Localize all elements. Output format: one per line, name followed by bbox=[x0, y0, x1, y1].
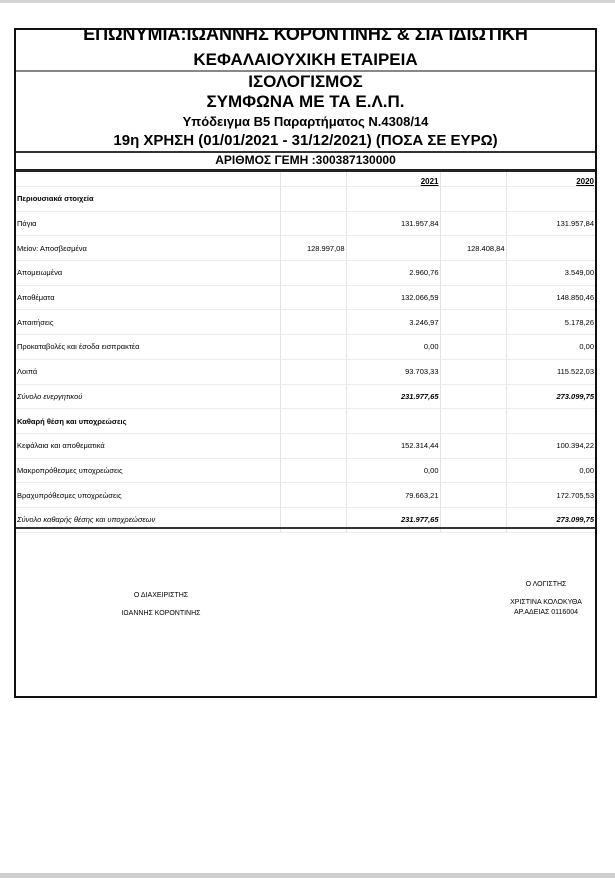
amount-2021: 3.246,97 bbox=[409, 318, 438, 327]
row-label: Καθαρή θέση και υποχρεώσεις bbox=[17, 417, 127, 426]
table-row: Βραχυπρόθεσμες υποχρεώσεις79.663,21172.7… bbox=[16, 483, 595, 508]
fiscal-period: 19η ΧΡΗΣΗ (01/01/2021 - 31/12/2021) (ΠΟΣ… bbox=[16, 133, 595, 148]
accountant-role: Ο ΛΟΓΙΣΤΗΣ bbox=[496, 580, 596, 590]
amount-2020: 273.099,75 bbox=[556, 392, 594, 401]
total-row: Σύνολο ενεργητικού231.977,65273.099,75 bbox=[16, 384, 595, 409]
year-header-row: 2021 2020 bbox=[16, 172, 595, 187]
table-row: Αποθέματα132.066,59148.850,46 bbox=[16, 285, 595, 310]
amount-2020: 131.957,84 bbox=[556, 219, 594, 228]
amount-2020: 273.099,75 bbox=[556, 515, 594, 524]
sub-amount-2021: 128.997,08 bbox=[307, 244, 345, 253]
amount-2021: 0,00 bbox=[424, 342, 439, 351]
table-row: Λοιπά93.703,33115.522,03 bbox=[16, 359, 595, 384]
amount-2020: 3.549,00 bbox=[565, 268, 594, 277]
table-row: Πάγια131.957,84131.957,84 bbox=[16, 211, 595, 236]
amount-2021: 152.314,44 bbox=[401, 441, 439, 450]
row-label: Κεφάλαια και αποθεματικά bbox=[17, 441, 105, 450]
row-label: Βραχυπρόθεσμες υποχρεώσεις bbox=[17, 491, 122, 500]
row-label: Αποθέματα bbox=[17, 293, 55, 302]
company-name-line1: ΕΠΩΝΥΜΙΑ:ΙΩΑΝΝΗΣ ΚΟΡΟΝΤΙΝΗΣ & ΣΙΑ ΙΔΙΩΤΙ… bbox=[16, 30, 595, 46]
amount-2020: 172.705,53 bbox=[556, 491, 594, 500]
divider bbox=[16, 527, 595, 529]
amount-2020: 148.850,46 bbox=[556, 293, 594, 302]
row-label: Μακροπρόθεσμες υποχρεώσεις bbox=[17, 466, 123, 475]
company-name-line2: ΚΕΦΑΛΑΙΟΥΧΙΚΗ ΕΤΑΙΡΕΙΑ bbox=[16, 51, 595, 68]
row-label: Σύνολο καθαρής θέσης και υποχρεώσεων bbox=[17, 515, 155, 524]
row-label: Πάγια bbox=[17, 219, 37, 228]
table-row: Μακροπρόθεσμες υποχρεώσεις0,000,00 bbox=[16, 458, 595, 483]
amount-2020: 0,00 bbox=[579, 466, 594, 475]
document-title: ΙΣΟΛΟΓΙΣΜΟΣ bbox=[16, 73, 595, 90]
amount-2021: 132.066,59 bbox=[401, 293, 439, 302]
row-label: Σύνολο ενεργητικού bbox=[17, 392, 82, 401]
viewer-top-edge bbox=[0, 0, 615, 3]
table-row: Απαιτήσεις3.246,975.178,26 bbox=[16, 310, 595, 335]
amount-2020: 5.178,26 bbox=[565, 318, 594, 327]
row-label: Περιουσιακά στοιχεία bbox=[17, 194, 94, 203]
year-2020-header: 2020 bbox=[576, 177, 594, 186]
manager-signature-block: Ο ΔΙΑΧΕΙΡΙΣΤΗΣ ΙΩΑΝΝΗΣ ΚΟΡΟΝΤΙΝΗΣ bbox=[86, 591, 236, 619]
document-subtitle: ΣΥΜΦΩΝΑ ΜΕ ΤΑ Ε.Λ.Π. bbox=[16, 93, 595, 110]
amount-2021: 0,00 bbox=[424, 466, 439, 475]
accountant-signature-block: Ο ΛΟΓΙΣΤΗΣ ΧΡΙΣΤΙΝΑ ΚΟΛΟΚΥΘΑ ΑΡ.ΑΔΕΙΑΣ 0… bbox=[496, 580, 596, 618]
amount-2021: 231.977,65 bbox=[401, 392, 439, 401]
row-label: Απομειωμένα bbox=[17, 268, 62, 277]
sub-amount-2020: 128.408,84 bbox=[467, 244, 505, 253]
amount-2020: 100.394,22 bbox=[556, 441, 594, 450]
amount-2021: 231.977,65 bbox=[401, 515, 439, 524]
table-row: Απομειωμένα2.960,763.549,00 bbox=[16, 261, 595, 286]
accountant-license: ΑΡ.ΑΔΕΙΑΣ 0116004 bbox=[496, 608, 596, 618]
template-reference: Υπόδειγμα Β5 Παραρτήματος Ν.4308/14 bbox=[16, 115, 595, 128]
row-label: Λοιπά bbox=[17, 367, 37, 376]
amount-2021: 79.663,21 bbox=[405, 491, 438, 500]
manager-name: ΙΩΑΝΝΗΣ ΚΟΡΟΝΤΙΝΗΣ bbox=[86, 609, 236, 619]
section-header-row: Καθαρή θέση και υποχρεώσεις bbox=[16, 409, 595, 434]
table-row: Κεφάλαια και αποθεματικά152.314,44100.39… bbox=[16, 433, 595, 458]
amount-2021: 93.703,33 bbox=[405, 367, 438, 376]
row-label: Προκαταβολές και έσοδα εισπρακτέα bbox=[17, 342, 139, 351]
gemi-number: ΑΡΙΘΜΟΣ ΓΕΜΗ :300387130000 bbox=[16, 154, 595, 166]
table-row: Μείον: Αποσβεσμένα128.997,08128.408,84 bbox=[16, 236, 595, 261]
amount-2021: 2.960,76 bbox=[409, 268, 438, 277]
table-row: Προκαταβολές και έσοδα εισπρακτέα0,000,0… bbox=[16, 335, 595, 360]
manager-role: Ο ΔΙΑΧΕΙΡΙΣΤΗΣ bbox=[86, 591, 236, 601]
row-label: Απαιτήσεις bbox=[17, 318, 53, 327]
amount-2021: 131.957,84 bbox=[401, 219, 439, 228]
year-2021-header: 2021 bbox=[421, 177, 439, 186]
amount-2020: 0,00 bbox=[579, 342, 594, 351]
balance-sheet-table: 2021 2020 Περιουσιακά στοιχείαΠάγια131.9… bbox=[16, 172, 595, 533]
accountant-name: ΧΡΙΣΤΙΝΑ ΚΟΛΟΚΥΘΑ bbox=[496, 598, 596, 608]
viewer-bottom-edge bbox=[0, 873, 615, 878]
row-label: Μείον: Αποσβεσμένα bbox=[17, 244, 87, 253]
balance-sheet-document: ΕΠΩΝΥΜΙΑ:ΙΩΑΝΝΗΣ ΚΟΡΟΝΤΙΝΗΣ & ΣΙΑ ΙΔΙΩΤΙ… bbox=[14, 28, 597, 698]
section-header-row: Περιουσιακά στοιχεία bbox=[16, 187, 595, 212]
amount-2020: 115.522,03 bbox=[557, 367, 594, 376]
